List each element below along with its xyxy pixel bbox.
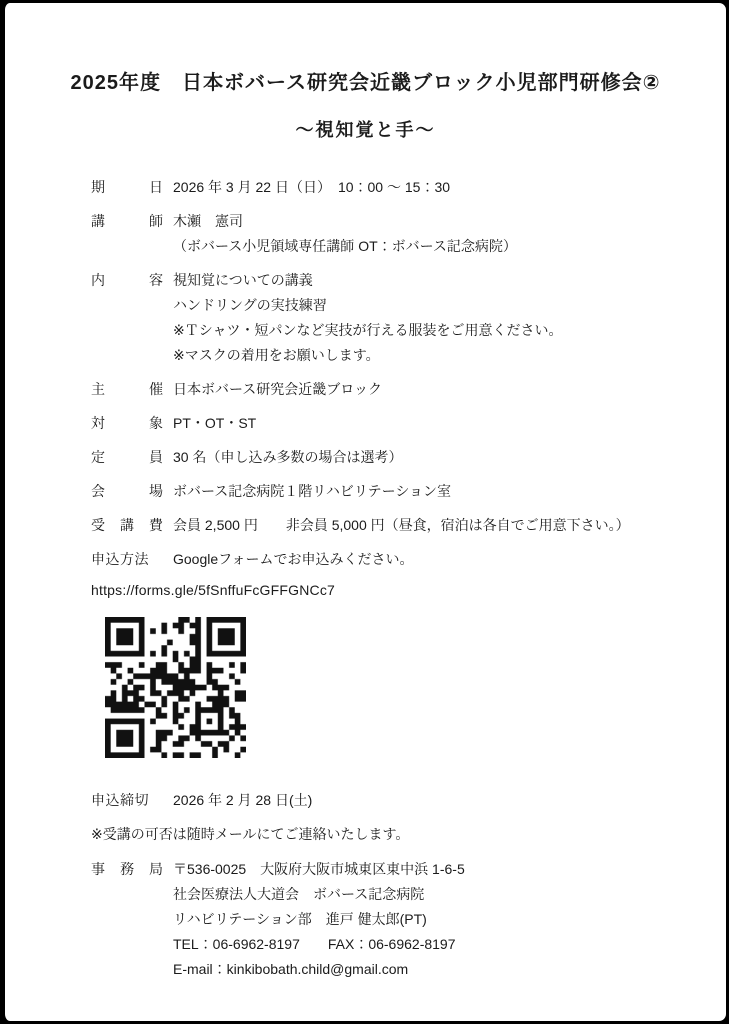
field-fee: 受 講 費 会員 2,500 円 非会員 5,000 円（昼食，宿泊は各自でご用…	[91, 513, 682, 538]
field-office-label: 事 務 局	[91, 857, 173, 882]
field-lecturer: 講 師 木瀬 憲司 （ボバース小児領域専任講師 OT：ボバース記念病院）	[91, 209, 682, 259]
field-application-method-value: Googleフォームでお申込みください。	[173, 547, 682, 572]
page-subtitle: ～視知覚と手～	[5, 119, 726, 141]
qr-code-icon	[105, 617, 246, 758]
field-deadline: 申込締切 2026 年 2 月 28 日(土)	[91, 788, 682, 813]
field-capacity: 定 員 30 名（申し込み多数の場合は選考）	[91, 445, 682, 470]
field-content-note-1: ※Ｔシャツ・短パンなど実技が行える服装をご用意ください。	[173, 318, 682, 343]
qr-code-container	[105, 617, 682, 758]
field-lecturer-label: 講 師	[91, 209, 173, 234]
field-office: 事 務 局 〒536-0025 大阪府大阪市城東区東中浜 1-6-5 社会医療法…	[91, 857, 682, 982]
field-lecturer-affiliation: （ボバース小児領域専任講師 OT：ボバース記念病院）	[173, 234, 682, 259]
field-target: 対 象 PT・OT・ST	[91, 411, 682, 436]
field-capacity-value: 30 名（申し込み多数の場合は選考）	[173, 445, 682, 470]
field-content-line-2: ハンドリングの実技練習	[173, 293, 682, 318]
field-date: 期 日 2026 年 3 月 22 日（日） 10：00 ～ 15：30	[91, 175, 682, 200]
field-target-label: 対 象	[91, 411, 173, 436]
field-organizer-label: 主 催	[91, 377, 173, 402]
field-content-label: 内 容	[91, 268, 173, 293]
field-venue-label: 会 場	[91, 479, 173, 504]
field-venue: 会 場 ボバース記念病院１階リハビリテーション室	[91, 479, 682, 504]
office-contact-person: リハビリテーション部 進戸 健太郎(PT)	[173, 907, 682, 932]
field-target-value: PT・OT・ST	[173, 411, 682, 436]
field-application-method-label: 申込方法	[91, 547, 173, 572]
field-deadline-value: 2026 年 2 月 28 日(土)	[173, 788, 682, 813]
field-content: 内 容 視知覚についての講義 ハンドリングの実技練習 ※Ｔシャツ・短パンなど実技…	[91, 268, 682, 368]
field-content-line-1: 視知覚についての講義	[173, 268, 682, 293]
flyer-page: 2025年度 日本ボバース研究会近畿ブロック小児部門研修会② ～視知覚と手～ 期…	[0, 0, 729, 1024]
field-application-method: 申込方法 Googleフォームでお申込みください。	[91, 547, 682, 572]
field-capacity-label: 定 員	[91, 445, 173, 470]
field-organizer: 主 催 日本ボバース研究会近畿ブロック	[91, 377, 682, 402]
field-organizer-value: 日本ボバース研究会近畿ブロック	[173, 377, 682, 402]
page-title: 2025年度 日本ボバース研究会近畿ブロック小児部門研修会②	[5, 71, 726, 95]
flyer-header: 2025年度 日本ボバース研究会近畿ブロック小児部門研修会② ～視知覚と手～	[5, 71, 726, 141]
office-organization: 社会医療法人大道会 ボバース記念病院	[173, 882, 682, 907]
office-address: 〒536-0025 大阪府大阪市城東区東中浜 1-6-5	[173, 857, 682, 882]
office-email: E-mail：kinkibobath.child@gmail.com	[173, 957, 682, 982]
flyer-body: 期 日 2026 年 3 月 22 日（日） 10：00 ～ 15：30 講 師…	[91, 175, 682, 982]
field-fee-label: 受 講 費	[91, 513, 173, 538]
field-date-value: 2026 年 3 月 22 日（日） 10：00 ～ 15：30	[173, 175, 682, 200]
field-content-note-2: ※マスクの着用をお願いします。	[173, 343, 682, 368]
office-tel-fax: TEL：06-6962-8197 FAX：06-6962-8197	[173, 932, 682, 957]
application-form-url: https://forms.gle/5fSnffuFcGFFGNCc7	[91, 578, 682, 603]
field-deadline-label: 申込締切	[91, 788, 173, 813]
field-fee-value: 会員 2,500 円 非会員 5,000 円（昼食，宿泊は各自でご用意下さい。）	[173, 513, 682, 538]
field-venue-value: ボバース記念病院１階リハビリテーション室	[173, 479, 682, 504]
field-lecturer-name: 木瀬 憲司	[173, 209, 682, 234]
deadline-note: ※受講の可否は随時メールにてご連絡いたします。	[91, 822, 682, 847]
field-date-label: 期 日	[91, 175, 173, 200]
